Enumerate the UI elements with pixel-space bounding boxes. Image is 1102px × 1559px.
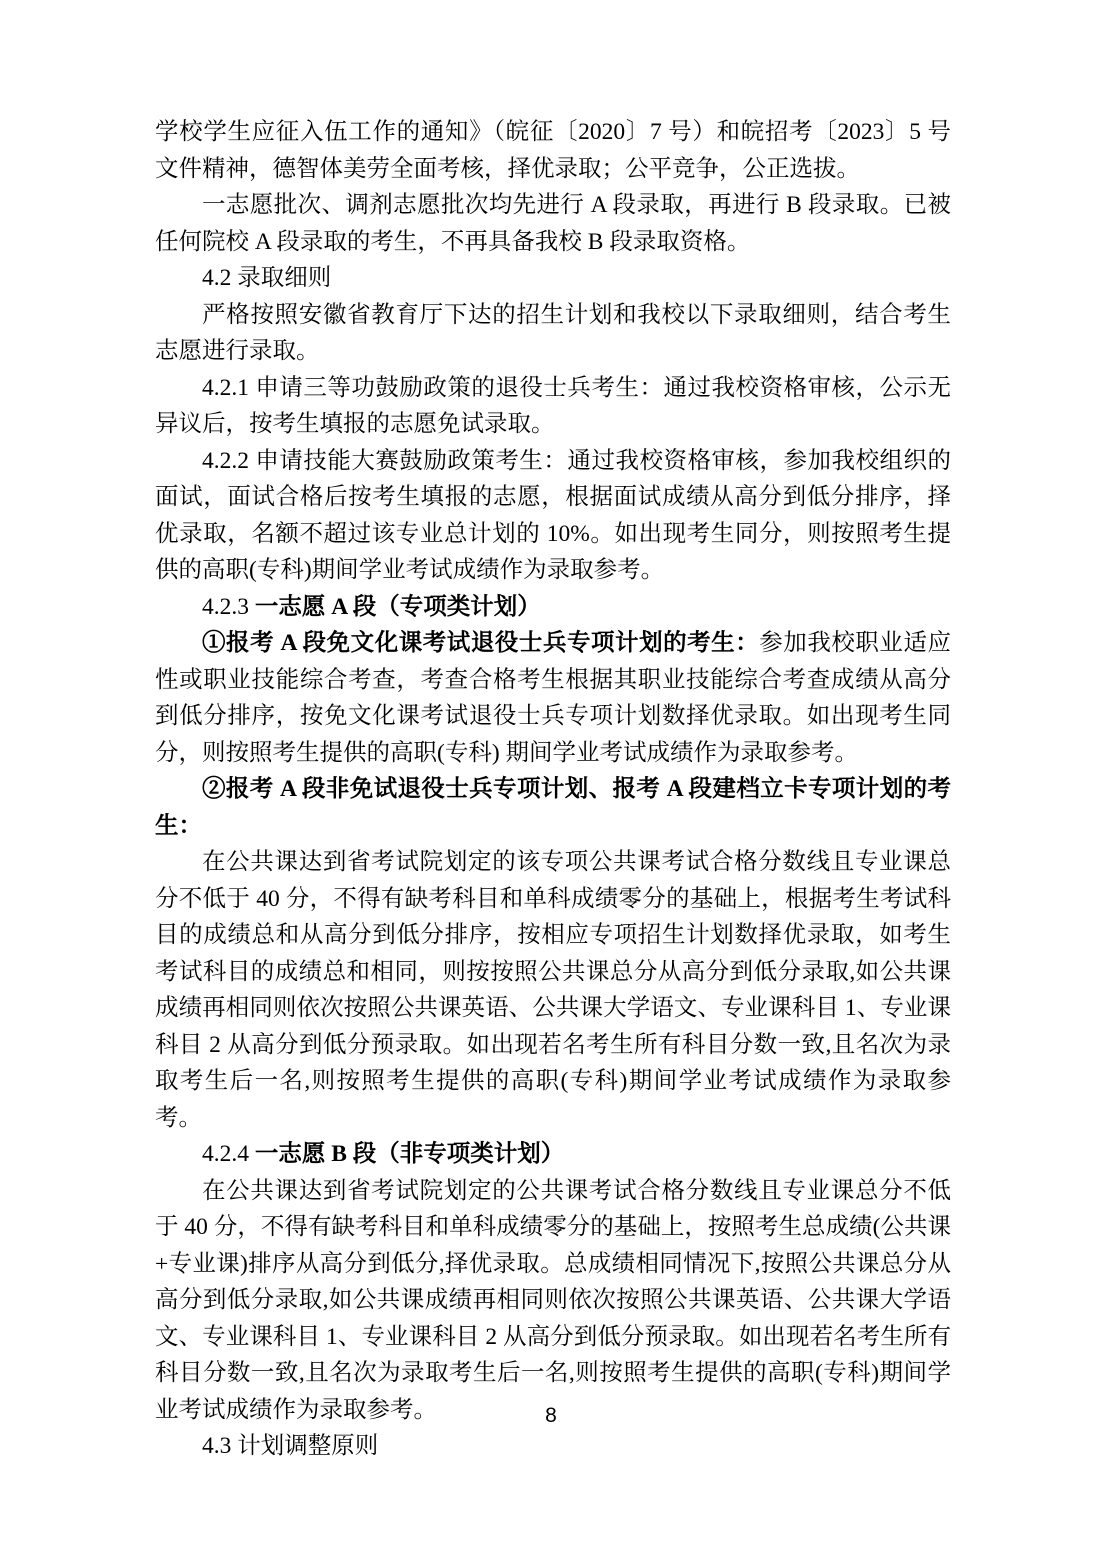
para-policy-continuation: 学校学生应征入伍工作的通知》（皖征〔2020〕7 号）和皖招考〔2023〕5 号… <box>155 114 951 187</box>
para-item-2-rules: 在公共课达到省考试院划定的该专项公共课考试合格分数线且专业课总分不低于 40 分… <box>155 844 951 1136</box>
bold-text-run: 一志愿 B 段（非专项类计划） <box>255 1141 564 1167</box>
para-4-2-1: 4.2.1 申请三等功鼓励政策的退役士兵考生：通过我校资格审核，公示无异议后，按… <box>155 370 951 443</box>
document-page: 学校学生应征入伍工作的通知》（皖征〔2020〕7 号）和皖招考〔2023〕5 号… <box>0 0 1102 1559</box>
text-run: 4.3 计划调整原则 <box>202 1433 378 1459</box>
text-run: 4.2.4 <box>202 1141 255 1167</box>
text-run: 在公共课达到省考试院划定的公共课考试合格分数线且专业课总分不低于 40 分，不得… <box>155 1178 951 1423</box>
bold-text-run: 一志愿 A 段（专项类计划） <box>255 594 541 620</box>
text-run: 一志愿批次、调剂志愿批次均先进行 A 段录取，再进行 B 段录取。已被任何院校 … <box>155 192 951 255</box>
para-b-section-rules: 在公共课达到省考试院划定的公共课考试合格分数线且专业课总分不低于 40 分，不得… <box>155 1173 951 1429</box>
para-item-2-nonexempt-heading: ②报考 A 段非免试退役士兵专项计划、报考 A 段建档立卡专项计划的考生： <box>155 771 951 844</box>
para-4-2-2: 4.2.2 申请技能大赛鼓励政策考生：通过我校资格审核，参加我校组织的面试，面试… <box>155 443 951 589</box>
bold-text-run: ②报考 A 段非免试退役士兵专项计划、报考 A 段建档立卡专项计划的考生： <box>155 776 951 839</box>
bold-text-run: ①报考 A 段免文化课考试退役士兵专项计划的考生： <box>202 630 759 656</box>
text-run: 4.2.1 申请三等功鼓励政策的退役士兵考生：通过我校资格审核，公示无异议后，按… <box>155 375 951 438</box>
para-batch-order: 一志愿批次、调剂志愿批次均先进行 A 段录取，再进行 B 段录取。已被任何院校 … <box>155 187 951 260</box>
text-run: 在公共课达到省考试院划定的该专项公共课考试合格分数线且专业课总分不低于 40 分… <box>155 849 951 1131</box>
text-run: 严格按照安徽省教育厅下达的招生计划和我校以下录取细则，结合考生志愿进行录取。 <box>155 302 951 365</box>
heading-4-2-4: 4.2.4 一志愿 B 段（非专项类计划） <box>155 1136 951 1173</box>
text-run: 4.2 录取细则 <box>202 265 331 291</box>
text-run: 学校学生应征入伍工作的通知》（皖征〔2020〕7 号）和皖招考〔2023〕5 号… <box>155 119 951 182</box>
heading-4-2-3: 4.2.3 一志愿 A 段（专项类计划） <box>155 589 951 626</box>
text-run: 4.2.3 <box>202 594 255 620</box>
heading-4-3: 4.3 计划调整原则 <box>155 1428 951 1465</box>
heading-4-2: 4.2 录取细则 <box>155 260 951 297</box>
para-item-1-exempt-veterans: ①报考 A 段免文化课考试退役士兵专项计划的考生：参加我校职业适应性或职业技能综… <box>155 625 951 771</box>
page-number: 8 <box>0 1404 1102 1428</box>
para-plan-rules: 严格按照安徽省教育厅下达的招生计划和我校以下录取细则，结合考生志愿进行录取。 <box>155 297 951 370</box>
text-run: 4.2.2 申请技能大赛鼓励政策考生：通过我校资格审核，参加我校组织的面试，面试… <box>155 448 951 584</box>
document-body: 学校学生应征入伍工作的通知》（皖征〔2020〕7 号）和皖招考〔2023〕5 号… <box>155 114 951 1465</box>
